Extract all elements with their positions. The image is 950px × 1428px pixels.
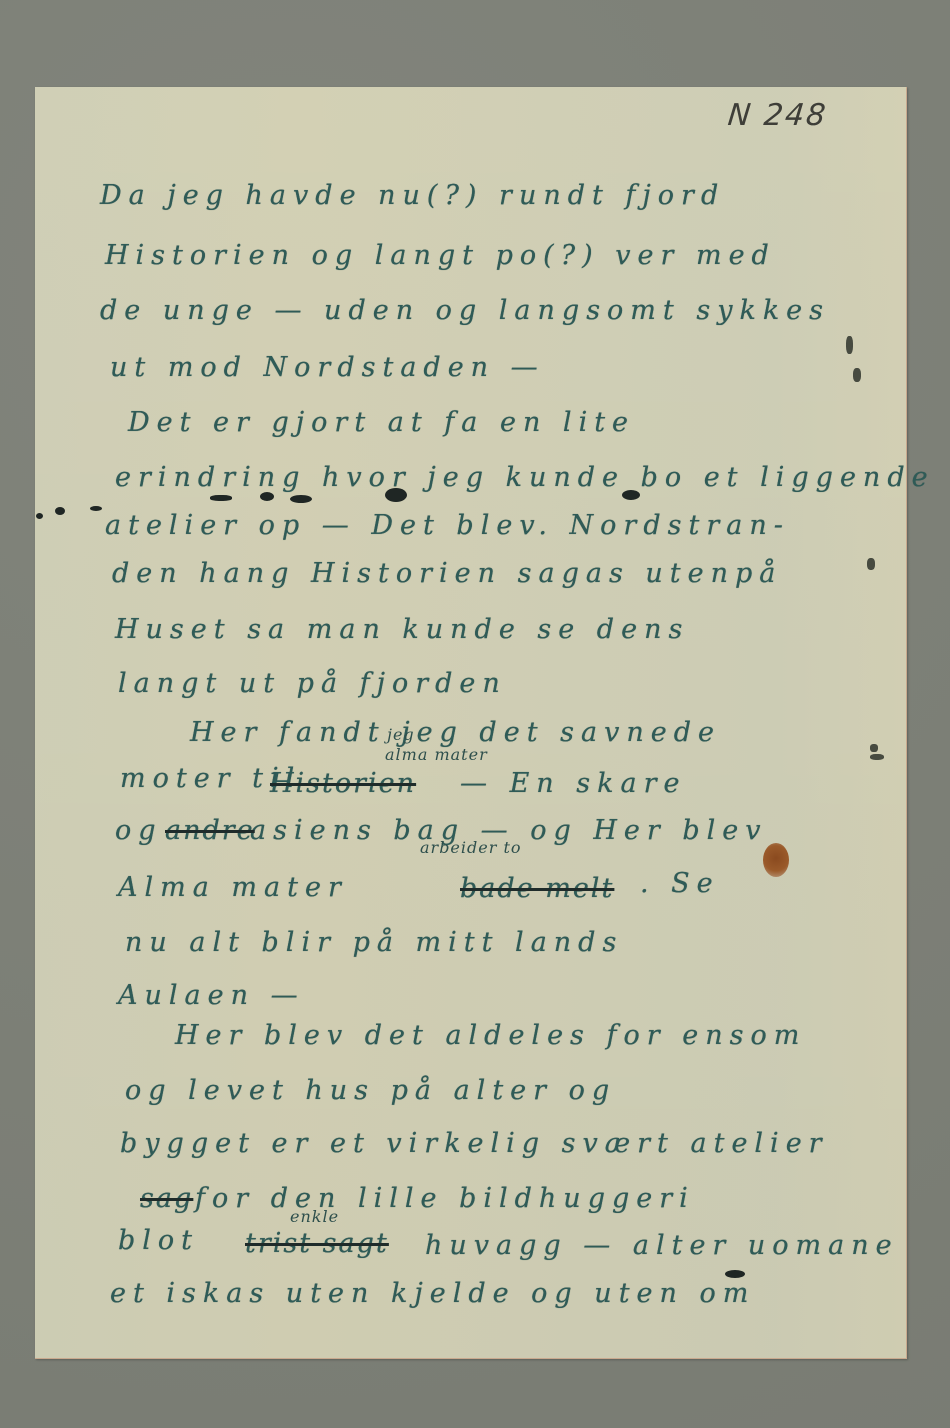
interlinear-insertion: jeg	[387, 725, 415, 744]
interlinear-insertion: alma mater	[385, 745, 488, 764]
handwritten-line: nu alt blir på mitt lands	[125, 927, 623, 958]
handwritten-line: og	[115, 815, 163, 846]
handwritten-line: Huset sa man kunde se dens	[115, 614, 689, 645]
struck-through-word: sag	[140, 1183, 193, 1214]
ink-blot	[260, 492, 274, 501]
interlinear-insertion: arbeider to	[420, 838, 522, 857]
handwritten-line: den hang Historien sagas utenpå	[112, 558, 782, 589]
margin-ink-mark	[853, 368, 861, 382]
ink-blot	[725, 1270, 745, 1278]
handwritten-line: ut mod Nordstaden —	[110, 352, 545, 383]
margin-ink-mark	[867, 558, 875, 570]
handwritten-line: blot	[118, 1225, 199, 1256]
handwritten-line: Historien og langt po(?) ver med	[105, 240, 776, 271]
handwritten-line: erindring hvor jeg kunde bo et liggende	[115, 462, 935, 493]
ink-blot	[290, 495, 312, 503]
ink-blot	[210, 495, 232, 501]
handwritten-line: atelier op — Det blev. Nordstran-	[105, 510, 790, 541]
handwritten-line: for den lille bildhuggeri	[195, 1183, 695, 1214]
struck-through-word: andre	[165, 815, 255, 846]
ink-blot	[55, 507, 65, 515]
interlinear-insertion: enkle	[290, 1207, 339, 1226]
shelfmark-label: N 248	[726, 98, 829, 133]
handwritten-line: Da jeg havde nu(?) rundt fjord	[100, 180, 725, 211]
handwritten-line: bygget er et virkelig svært atelier	[120, 1128, 829, 1159]
margin-ink-mark	[870, 754, 884, 760]
handwritten-line: Her fandt jeg det savnede	[190, 717, 721, 748]
ink-blot	[622, 490, 640, 500]
struck-through-word: trist sagt	[245, 1228, 389, 1259]
handwritten-line: et iskas uten kjelde og uten om	[110, 1278, 755, 1309]
handwritten-line: langt ut på fjorden	[118, 668, 507, 699]
margin-ink-mark	[846, 336, 853, 354]
handwritten-line: de unge — uden og langsomt sykkes	[100, 295, 830, 326]
handwritten-line: Aulaen —	[118, 980, 305, 1011]
rust-stain	[763, 843, 789, 877]
handwritten-line: — En skare	[460, 768, 686, 799]
handwritten-line: Alma mater	[118, 872, 348, 903]
struck-through-word: Historien	[270, 768, 416, 799]
handwritten-line: og levet hus på alter og	[125, 1075, 616, 1106]
handwritten-line: huvagg — alter uomane	[425, 1230, 899, 1261]
ink-blot	[90, 506, 102, 511]
ink-blot	[36, 513, 43, 519]
handwritten-line: Her blev det aldeles for ensom	[175, 1020, 806, 1051]
ink-blot	[385, 488, 407, 502]
handwritten-line: Det er gjort at fa en lite	[128, 407, 635, 438]
handwritten-line: . Se	[640, 868, 720, 899]
margin-ink-mark	[870, 744, 878, 752]
struck-through-word: bade melt	[460, 873, 614, 904]
